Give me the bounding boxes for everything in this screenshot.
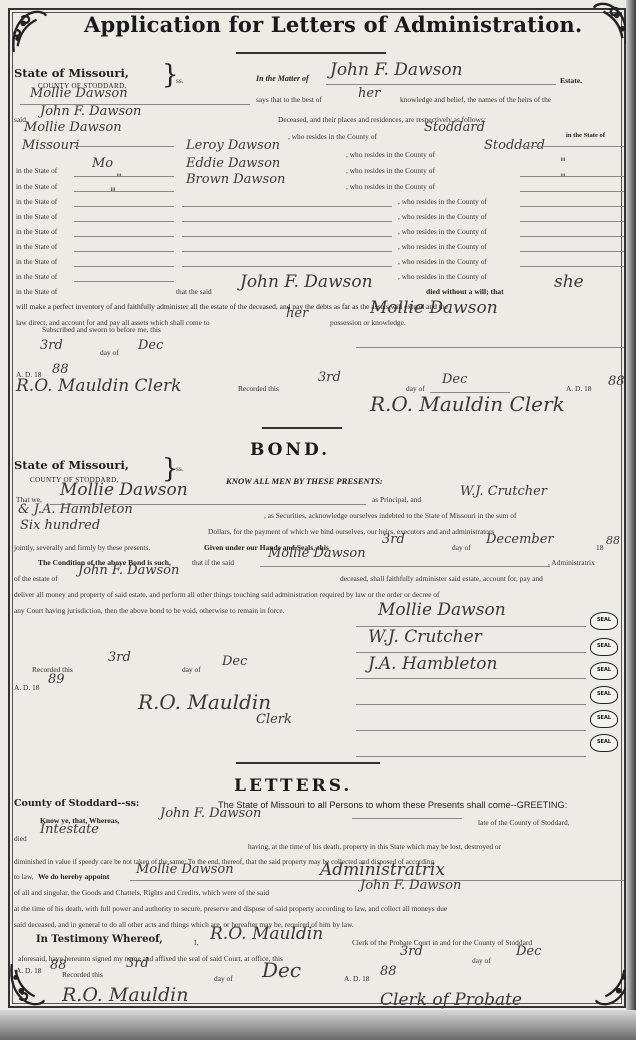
who-resides-label: , who resides in the County of (398, 272, 487, 281)
who-resides-label: , who resides in the County of (398, 212, 487, 221)
in-state-label: in the State of (16, 272, 57, 281)
surety-1: W.J. Crutcher (460, 484, 547, 499)
seal-icon: SEAL (590, 686, 618, 704)
in-state-label: in the State of (16, 227, 57, 236)
ad-label: A. D. 18 (566, 384, 591, 393)
day-of-label: day of (472, 956, 491, 965)
letters-clerk-title: Clerk of Probate (380, 990, 522, 1010)
row-line (520, 236, 624, 237)
ornament-top-left-icon (10, 8, 48, 54)
who-resides-label: , who resides in the County of (398, 257, 487, 266)
row-line (520, 266, 624, 267)
principal-name: Mollie Dawson (60, 480, 188, 500)
recorded-clerk-signature: R.O. Mauldin Clerk (370, 392, 565, 416)
clerk-signature: R.O. Mauldin Clerk (16, 376, 181, 396)
who-resides-label: , who resides in the County of (398, 227, 487, 236)
died-name: John F. Dawson (240, 272, 373, 292)
in-state-label: in the State of (566, 132, 605, 139)
row-line (520, 191, 624, 192)
bond-estate-name: John F. Dawson (78, 563, 179, 578)
row-line (74, 206, 174, 207)
signature-line (356, 347, 624, 348)
estate-name-handwritten: John F. Dawson (330, 60, 463, 80)
ss-label: ss. (176, 76, 184, 85)
who-resides-label: , who resides in the County of (346, 166, 435, 175)
who-resides-label: , who resides in the County of (288, 132, 377, 141)
ornament-top-right-icon (592, 0, 630, 46)
administrator-label: , Administratrix (548, 558, 595, 567)
recorded-year: 88 (380, 964, 397, 979)
heir-name: Leroy Dawson (186, 138, 280, 153)
bond-clerk-title: Clerk (256, 712, 292, 727)
heir-name: Mollie Dawson (24, 120, 122, 135)
recorded-month: Dec (442, 372, 467, 387)
bond-signature: W.J. Crutcher (368, 627, 482, 647)
recorded-day: 3rd (126, 956, 149, 971)
para-possession: possession or knowledge. (330, 318, 406, 327)
in-state-label: in the State of (16, 242, 57, 251)
testimony-i: I, (194, 938, 198, 947)
row-line (74, 251, 174, 252)
died-label: died (14, 834, 27, 843)
bond-sum: Six hundred (20, 518, 100, 533)
heir-state: Missouri (22, 138, 79, 153)
knowledge-text: knowledge and belief, the names of the h… (400, 95, 551, 104)
appointee-name: Mollie Dawson (136, 862, 234, 877)
heir-state: Mo (92, 156, 113, 171)
late-of-text: late of the County of Stoddard, (478, 818, 570, 827)
day-of-label: day of (214, 974, 233, 983)
row-line (74, 266, 174, 267)
said-name: John F. Dawson (360, 878, 461, 893)
administrator-name: Mollie Dawson (268, 546, 366, 561)
recorded-day: 3rd (318, 370, 341, 385)
state-heading: State of Missouri, (14, 66, 129, 80)
in-state-label: in the State of (16, 197, 57, 206)
estate-of-label: of the estate of (14, 574, 58, 583)
day-of-label: day of (452, 543, 471, 552)
letters-county-heading: County of Stoddard--ss: (14, 798, 139, 809)
applicant-name: Mollie Dawson (30, 86, 128, 101)
row-line (182, 236, 392, 237)
row-line (74, 176, 174, 177)
bond-signature: Mollie Dawson (378, 600, 506, 620)
letters-deceased-name: John F. Dawson (160, 806, 261, 821)
deliver-text: deliver all money and property of said e… (14, 590, 439, 599)
subscribed-text: Subscribed and sworn to before me, this (42, 325, 161, 334)
as-principal-label: as Principal, and (372, 495, 421, 504)
bond-clerk-signature: R.O. Mauldin (138, 690, 271, 714)
heir-name: Eddie Dawson (186, 156, 280, 171)
testimony-label: In Testimony Whereof, (36, 934, 163, 945)
recorded-month: Dec (262, 958, 301, 982)
ad-label: A. D. 18 (16, 966, 41, 975)
signature-line (356, 652, 586, 653)
letters-clerk-signature: R.O. Mauldin (62, 984, 188, 1006)
signature-line (356, 626, 586, 627)
appointee-role: Administratrix (320, 860, 445, 880)
given-day: 3rd (382, 532, 405, 547)
estate-name-line (326, 84, 556, 85)
died-status: Intestate (40, 822, 99, 837)
clerk-of-text: Clerk of the Probate Court in and for th… (352, 938, 532, 947)
who-resides-label: , who resides in the County of (346, 182, 435, 191)
pronoun-her: her (358, 86, 380, 101)
year-prefix: 18 (596, 543, 603, 552)
scan-edge-right (626, 0, 636, 1040)
row-line (520, 221, 624, 222)
seal-icon: SEAL (590, 662, 618, 680)
signature-line (356, 704, 586, 705)
signature-line (356, 756, 586, 757)
recorded-label: Recorded this (62, 970, 103, 979)
recorded-label: Recorded this (238, 384, 279, 393)
in-state-label: in the State of (16, 212, 57, 221)
having-text: having, at the time of his death, proper… (248, 842, 501, 851)
row-line (74, 146, 174, 147)
day-of-label: day of (182, 665, 201, 674)
section-rule (236, 762, 380, 764)
row-line (74, 221, 174, 222)
row-line (520, 206, 624, 207)
pronoun-she: she (554, 272, 584, 292)
day-of-label: day of (100, 348, 119, 357)
document-title: Application for Letters of Administratio… (84, 12, 582, 37)
that-said-label: that the said (176, 287, 212, 296)
given-year: 88 (606, 534, 620, 547)
row-line (520, 176, 624, 177)
seal-icon: SEAL (590, 710, 618, 728)
applicant-signature: Mollie Dawson (370, 298, 498, 318)
testimony-day: 3rd (400, 944, 423, 959)
heir-county: " (560, 172, 566, 187)
says-text: says that to the best of (256, 95, 322, 104)
who-resides-label: , who resides in the County of (346, 150, 435, 159)
in-state-label: in the State of (16, 287, 57, 296)
recorded-year: 88 (608, 374, 625, 389)
in-state-label: in the State of (16, 182, 57, 191)
greeting: The State of Missouri to all Persons to … (218, 800, 567, 810)
dollars-text: Dollars, for the payment of which we bin… (208, 527, 494, 536)
court-text: any Court having jurisdiction, then the … (14, 606, 285, 615)
sworn-day: 3rd (40, 338, 63, 353)
ss-label: ss. (176, 464, 184, 473)
row-line (182, 266, 392, 267)
heir-name: Brown Dawson (186, 172, 285, 187)
heir-county: " (560, 156, 566, 171)
heir-state: " (110, 186, 116, 201)
in-state-label: in the State of (16, 166, 57, 175)
pronoun-her-2: her (286, 306, 308, 321)
to-law-text: to law, (14, 872, 34, 881)
bond-signature: J.A. Hambleton (368, 654, 497, 674)
row-line (520, 146, 624, 147)
scan-edge-bottom (0, 1010, 636, 1040)
letters-title: LETTERS. (234, 776, 352, 796)
ad-label: A. D. 18 (14, 683, 39, 692)
deceased-name: John F. Dawson (40, 104, 141, 119)
died-text: died without a will; that (426, 287, 504, 296)
row-line (74, 281, 174, 282)
of-all-text: of all and singular, the Goods and Chatt… (14, 888, 269, 897)
recorded-year: 89 (48, 672, 65, 687)
row-line (182, 221, 392, 222)
recorded-month: Dec (222, 654, 247, 669)
that-if-text: that if the said (192, 558, 234, 567)
testimony-clerk: R.O. Mauldin (210, 924, 323, 944)
row-line (520, 251, 624, 252)
sworn-year: 88 (52, 362, 69, 377)
surety-2: & J.A. Hambleton (18, 502, 133, 517)
seal-icon: SEAL (590, 734, 618, 752)
given-month: December (486, 532, 554, 547)
bond-title: BOND. (250, 440, 330, 460)
document-page: Application for Letters of Administratio… (0, 0, 636, 1040)
heir-county: Stoddard (424, 120, 485, 135)
signature-line (356, 730, 586, 731)
know-all-men: KNOW ALL MEN BY THESE PRESENTS: (226, 476, 383, 486)
jointly-text: jointly, severally and firmly by these p… (14, 543, 150, 552)
bond-deceased-text: deceased, shall faithfully administer sa… (340, 574, 543, 583)
in-matter-label: In the Matter of (256, 74, 309, 83)
title-rule (236, 52, 386, 54)
row-line (74, 191, 174, 192)
section-rule (262, 427, 342, 429)
name-line (352, 818, 462, 819)
who-resides-label: , who resides in the County of (398, 242, 487, 251)
heir-state: " (116, 172, 122, 187)
seal-icon: SEAL (590, 638, 618, 656)
estate-label: Estate. (560, 76, 582, 85)
row-line (182, 251, 392, 252)
testimony-month: Dec (516, 944, 541, 959)
administrator-line (260, 566, 550, 567)
bond-state-heading: State of Missouri, (14, 458, 129, 472)
seal-icon: SEAL (590, 612, 618, 630)
ad-label: A. D. 18 (344, 974, 369, 983)
at-time-text: at the time of his death, with full powe… (14, 904, 447, 913)
row-line (182, 206, 392, 207)
appoint-text: We do hereby appoint (38, 872, 109, 881)
row-line (74, 236, 174, 237)
sworn-month: Dec (138, 338, 163, 353)
signature-line (356, 678, 586, 679)
who-resides-label: , who resides in the County of (398, 197, 487, 206)
in-state-label: in the State of (16, 257, 57, 266)
recorded-day: 3rd (108, 650, 131, 665)
securities-text: , as Securities, acknowledge ourselves i… (264, 511, 516, 520)
